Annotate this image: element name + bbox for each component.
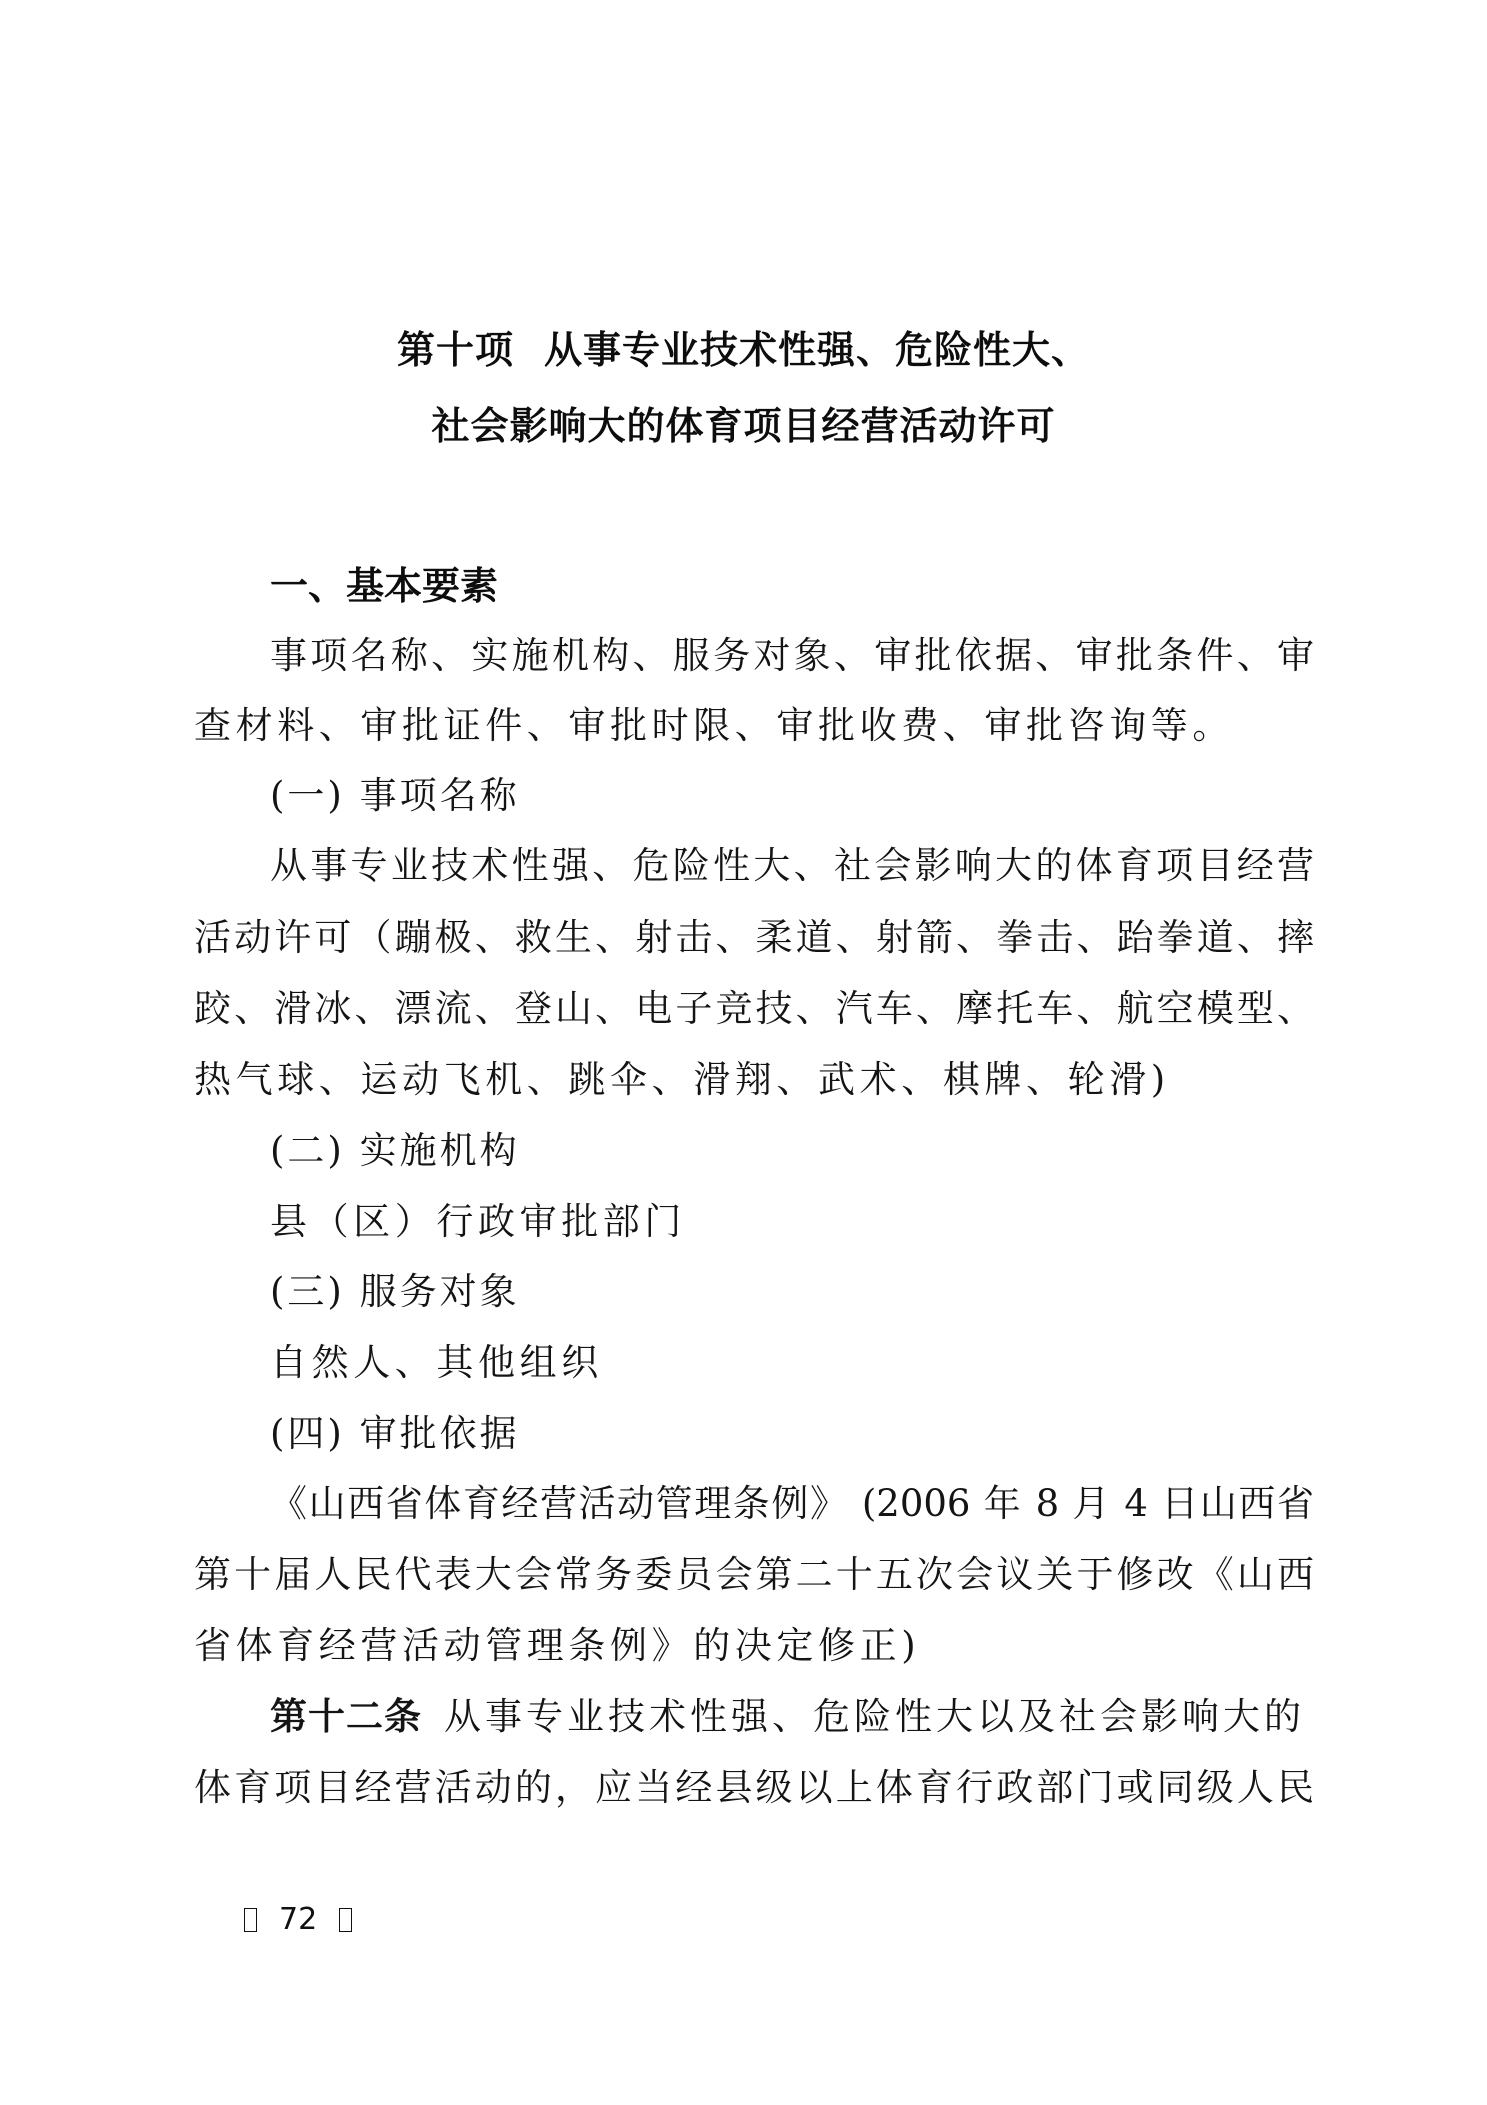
subheading-item-name: (一) 事项名称 <box>270 772 520 820</box>
article-12-line-1: 第十二条从事专业技术性强、危险性大以及社会影响大的 <box>270 1693 1314 1741</box>
page-number: 72 <box>279 1900 317 1940</box>
intro-line-1: 事项名称、实施机构、服务对象、审批依据、审批条件、审 <box>270 632 1314 680</box>
implementing-agency-value: 县（区）行政审批部门 <box>270 1198 1314 1246</box>
approval-basis-line-2: 第十届人民代表大会常务委员会第二十五次会议关于修改《山西 <box>194 1551 1314 1599</box>
title-text-part-1: 从事专业技术性强、危险性大、 <box>544 328 1090 372</box>
subheading-approval-basis: (四) 审批依据 <box>270 1410 520 1458</box>
subheading-service-target: (三) 服务对象 <box>270 1268 520 1316</box>
item-name-line-3: 跤、滑冰、漂流、登山、电子竞技、汽车、摩托车、航空模型、 <box>194 985 1314 1033</box>
service-target-value: 自然人、其他组织 <box>270 1339 1314 1387</box>
item-name-line-1: 从事专业技术性强、危险性大、社会影响大的体育项目经营 <box>270 842 1314 890</box>
document-title-line-1: 第十项从事专业技术性强、危险性大、 <box>0 326 1487 374</box>
article-12-line-2: 体育项目经营活动的，应当经县级以上体育行政部门或同级人民 <box>194 1764 1314 1812</box>
page-footer: 72 <box>244 1900 352 1940</box>
approval-basis-line-1: 《山西省体育经营活动管理条例》 (2006 年 8 月 4 日山西省 <box>270 1480 1314 1528</box>
article-text-part-1: 从事专业技术性强、危险性大以及社会影响大的 <box>444 1695 1305 1738</box>
section-heading-basic-elements: 一、基本要素 <box>270 562 498 610</box>
document-title-line-2: 社会影响大的体育项目经营活动许可 <box>0 402 1487 450</box>
article-number: 第十二条 <box>270 1695 422 1738</box>
document-page: 第十项从事专业技术性强、危险性大、 社会影响大的体育项目经营活动许可 一、基本要… <box>0 0 1487 2105</box>
subheading-implementing-agency: (二) 实施机构 <box>270 1127 520 1175</box>
title-item-number: 第十项 <box>397 328 514 372</box>
missing-glyph-box-icon <box>339 1908 352 1932</box>
item-name-line-4: 热气球、运动飞机、跳伞、滑翔、武术、棋牌、轮滑) <box>194 1056 1314 1104</box>
intro-line-2: 查材料、审批证件、审批时限、审批收费、审批咨询等。 <box>194 702 1314 750</box>
missing-glyph-box-icon <box>244 1908 257 1932</box>
approval-basis-line-3: 省体育经营活动管理条例》的决定修正) <box>194 1622 1314 1670</box>
item-name-line-2: 活动许可（蹦极、救生、射击、柔道、射箭、拳击、跆拳道、摔 <box>194 914 1314 962</box>
